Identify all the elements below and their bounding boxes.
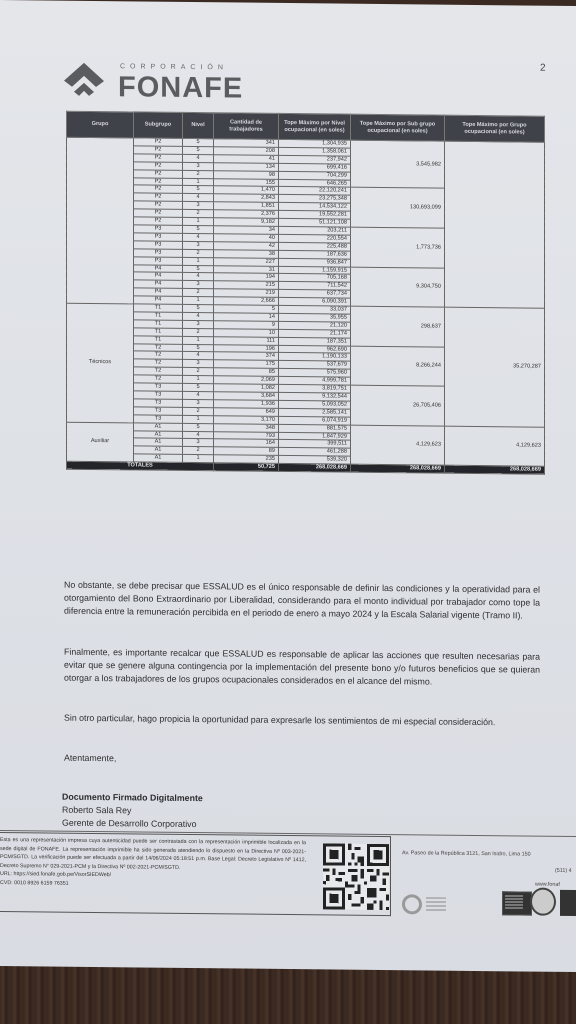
iso-seal-icon (530, 888, 556, 916)
paragraph-consideration: Sin otro particular, hago propicia la op… (64, 712, 540, 730)
signer-position: Gerente de Desarrollo Corporativo (62, 817, 203, 831)
totals-label: TOTALES (67, 461, 214, 471)
tope-subgrupo-cell: 298,637 (351, 306, 445, 347)
group-cell: Auxiliar (67, 422, 134, 462)
signature-block: Documento Firmado Digitalmente Roberto S… (62, 791, 203, 831)
occupational-cap-table: Grupo Subgrupo Nivel Cantidad de trabaja… (66, 111, 545, 475)
verification-url[interactable]: URL: https://sied.fonafe.gob.pe/VisorSIE… (0, 871, 111, 878)
certification-seal-icon (402, 894, 422, 914)
legal-notice: Esta es una representación impresa cuya … (0, 837, 306, 871)
legal-text: Esta es una representación impresa cuya … (0, 836, 306, 891)
closing-salutation: Atentamente, (64, 752, 540, 770)
tope-subgrupo-cell: 9,304,750 (351, 267, 445, 308)
cvd-code: CVD: 0010 8926 6159 76351 (0, 880, 69, 887)
header-cantidad: Cantidad de trabajadores (214, 113, 279, 140)
office-phone: (511) 4 (555, 868, 572, 874)
header-tope-subgrupo: Tope Máximo por Sub grupo ocupacional (e… (351, 114, 445, 141)
totals-tope-nivel: 268,028,669 (279, 464, 351, 473)
logo-subtitle: CORPORACIÓN (120, 63, 228, 71)
header-tope-grupo: Tope Máximo por Grupo ocupacional (en so… (445, 115, 545, 142)
totals-tope-grupo: 268,028,669 (445, 465, 545, 474)
tope-subgrupo-cell: 1,773,736 (351, 227, 445, 268)
paragraph-essalud-responsibility: No obstante, se debe precisar que ESSALU… (64, 579, 540, 624)
fonafe-chevron-logo-icon (62, 61, 106, 101)
tope-grupo-cell (445, 141, 545, 308)
group-cell: Técnicos (67, 303, 134, 422)
table-body: P253411,304,9353,545,982P252081,358,061P… (67, 137, 545, 466)
qr-code-icon (323, 843, 389, 910)
tope-subgrupo-cell: 4,129,623 (351, 425, 445, 466)
tope-subgrupo-cell: 8,266,244 (351, 346, 445, 387)
group-cell (67, 137, 134, 304)
office-address: Av. Paseo de la República 3121, San Isid… (402, 850, 531, 857)
tope-grupo-cell: 35,270,287 (445, 307, 545, 427)
totals-cantidad: 50,725 (214, 463, 279, 472)
tope-subgrupo-cell: 26,705,406 (351, 385, 445, 426)
page-number: 2 (540, 63, 546, 74)
logo-name: FONAFE (118, 71, 243, 105)
tope-grupo-cell: 4,129,623 (445, 426, 545, 467)
header-grupo: Grupo (67, 111, 134, 138)
government-badge-text (505, 895, 523, 909)
partial-badge-icon (560, 890, 576, 916)
header-tope-nivel: Tope Máximo por Nivel ocupacional (en so… (279, 113, 351, 140)
document-page: 2 CORPORACIÓN FONAFE Grupo Subgrupo Nive… (0, 0, 576, 972)
tope-subgrupo-cell: 3,545,982 (351, 140, 445, 188)
totals-tope-subgrupo: 268,028,669 (351, 464, 445, 473)
website-link[interactable]: www.fonaf (535, 882, 560, 888)
tope-subgrupo-cell: 130,693,099 (351, 188, 445, 229)
certification-seal-text (426, 897, 446, 911)
header-nivel: Nivel (183, 112, 214, 138)
paragraph-contingency: Finalmente, es importante recalcar que E… (64, 646, 540, 691)
header-subgrupo: Subgrupo (134, 112, 183, 139)
